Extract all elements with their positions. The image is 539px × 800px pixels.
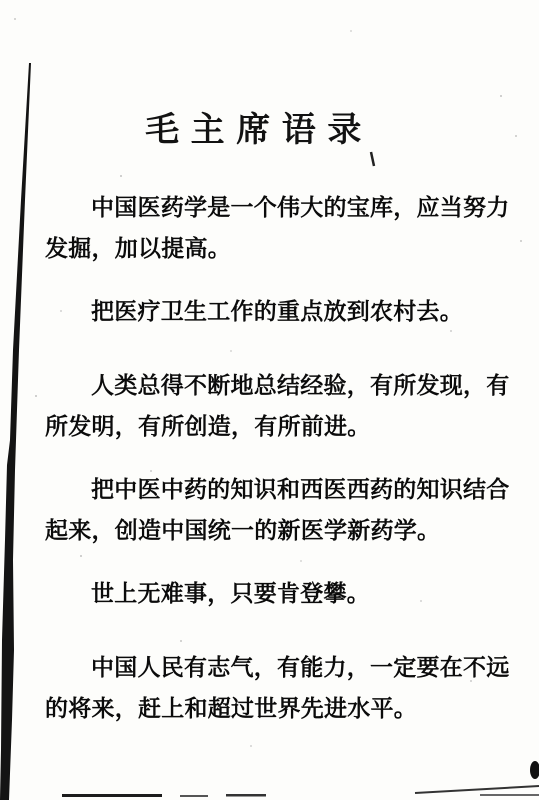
bottom-smudge	[62, 794, 162, 797]
bottom-smudge	[480, 794, 539, 796]
paper-speckles	[14, 18, 16, 20]
quote-paragraph-2: 把医疗卫生工作的重点放到农村去。	[45, 291, 515, 332]
quote-paragraph-5: 世上无难事，只要肯登攀。	[45, 573, 515, 614]
quote-paragraph-3: 人类总得不断地总结经验，有所发现，有所发明，有所创造，有所前进。	[45, 365, 515, 447]
bottom-smudge	[180, 795, 208, 797]
quote-paragraph-6: 中国人民有志气，有能力，一定要在不远的将来，赶上和超过世界先进水平。	[45, 647, 515, 729]
quote-paragraph-4: 把中医中药的知识和西医西药的知识结合起来，创造中国统一的新医学新药学。	[45, 469, 515, 551]
quote-paragraph-1: 中国医药学是一个伟大的宝库，应当努力发掘，加以提高。	[45, 187, 515, 269]
page-title: 毛主席语录	[45, 114, 473, 148]
bottom-smudge	[415, 786, 539, 793]
binding-edge-shadow	[0, 63, 31, 800]
page-content: 毛主席语录 中国医药学是一个伟大的宝库，应当努力发掘，加以提高。 把医疗卫生工作…	[45, 0, 515, 751]
bottom-smudge	[226, 794, 266, 797]
scanned-book-page: 毛主席语录 中国医药学是一个伟大的宝库，应当努力发掘，加以提高。 把医疗卫生工作…	[0, 0, 539, 800]
ink-blob	[530, 761, 539, 779]
